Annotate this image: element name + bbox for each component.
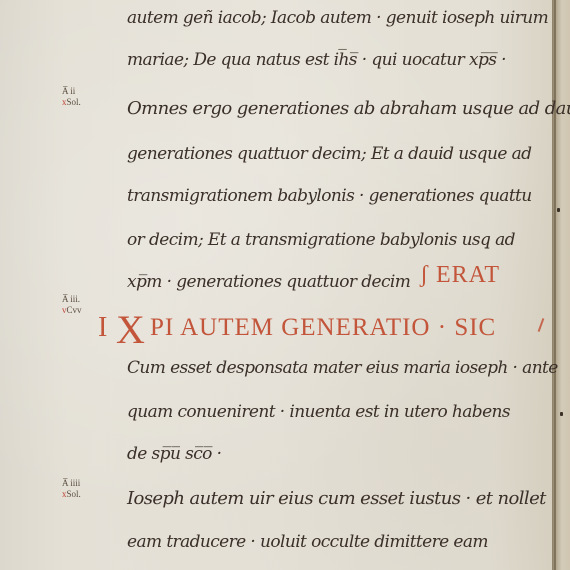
- margin-note-2-line1: A̅ iii.: [62, 294, 82, 305]
- text-line-8: Cum esset desponsata mater eius maria io…: [127, 358, 558, 378]
- margin-note-2: A̅ iii. vCvv: [62, 294, 82, 316]
- margin-note-2-line2: Cvv: [67, 305, 82, 315]
- margin-note-3: A̅ iiii xSol.: [62, 478, 81, 500]
- text-line-5: transmigrationem babylonis · generatione…: [127, 186, 532, 206]
- text-line-3: Omnes ergo generationes ab abraham usque…: [127, 98, 570, 119]
- text-line-1: autem geñ iacob; Iacob autem · genuit i…: [127, 8, 548, 28]
- margin-note-3-line2: Sol.: [67, 489, 81, 499]
- rubric-heading: PI AUTEM GENERATIO · SIC: [150, 314, 496, 342]
- text-line-12: eam traducere · uoluit occulte dimittere…: [127, 532, 488, 552]
- margin-note-1-line1: A̅ ii: [62, 86, 81, 97]
- rubric-initial-i: I: [98, 312, 107, 344]
- gutter-edge: [554, 0, 556, 570]
- rubric-heading-initial: X: [116, 306, 145, 353]
- text-line-9: quam conuenirent · inuenta est in utero …: [127, 402, 510, 422]
- binding-speck: [557, 208, 560, 212]
- text-line-7: xp̅m · generationes quattuor decim: [127, 272, 410, 292]
- binding-speck: [560, 412, 563, 416]
- text-line-4: generationes quattuor decim; Et a dauid …: [127, 144, 531, 164]
- text-line-10: de sp̅u̅ sc̅o̅ ·: [127, 444, 221, 464]
- text-line-11: Ioseph autem uir eius cum esset iustus ·…: [127, 488, 546, 509]
- margin-note-1: A̅ ii xSol.: [62, 86, 81, 108]
- text-line-2: mariae; De qua natus est ih̅s̅ · qui uoc…: [127, 50, 506, 70]
- margin-note-1-line2: Sol.: [67, 97, 81, 107]
- text-line-6: or decim; Et a transmigratione babylonis…: [127, 230, 515, 250]
- margin-note-3-line1: A̅ iiii: [62, 478, 81, 489]
- rubric-erat: ʃ ERAT: [420, 262, 500, 289]
